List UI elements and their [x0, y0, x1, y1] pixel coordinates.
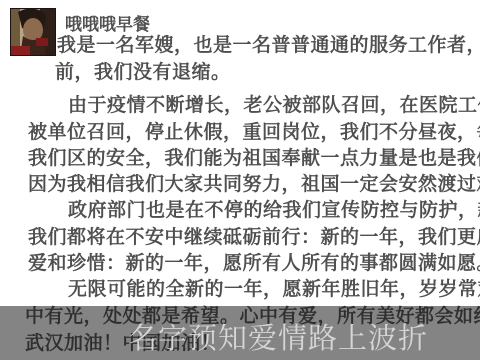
post-text-line: 无限可能的全新的一年，愿新年胜旧年，岁岁常欢愉，眼 — [0, 277, 480, 303]
post-text-line: 我们区的安全，我们能为祖国奉献一点力量是也是我们的荣幸。 — [0, 146, 480, 172]
post-text-line: 爱和珍惜：新的一年，愿所有人所有的事都圆满如愿。 — [0, 251, 480, 277]
username: 哦哦哦早餐 — [65, 10, 150, 35]
post-text-line: 前，我们没有退缩。 — [0, 60, 480, 86]
caption-title: 名字预知爱情路上波折 — [128, 316, 428, 357]
post-text-line: 政府部门也是在不停的给我们宣传防控与防护，新的一年， — [0, 198, 480, 224]
post-screenshot: 哦哦哦早餐 我是一名军嫂，也是一名普普通通的服务工作者，在灾难面 前，我们没有退… — [0, 0, 480, 360]
post-text-line: 由于疫情不断增长，老公被部队召回，在医院工作的我，也 — [0, 93, 480, 119]
post-text-line: 因为我相信我们大家共同努力，祖国一定会安然渡过难关！ — [0, 172, 480, 198]
post-text-line: 我是一名军嫂，也是一名普普通通的服务工作者，在灾难面 — [0, 33, 480, 59]
post-text-line: 被单位召回，停止休假，重回岗位，我们不分昼夜，每天负责 — [0, 120, 480, 146]
post-text-line: 我们都将在不安中继续砥砺前行：新的一年，我们更应该学会 — [0, 225, 480, 251]
